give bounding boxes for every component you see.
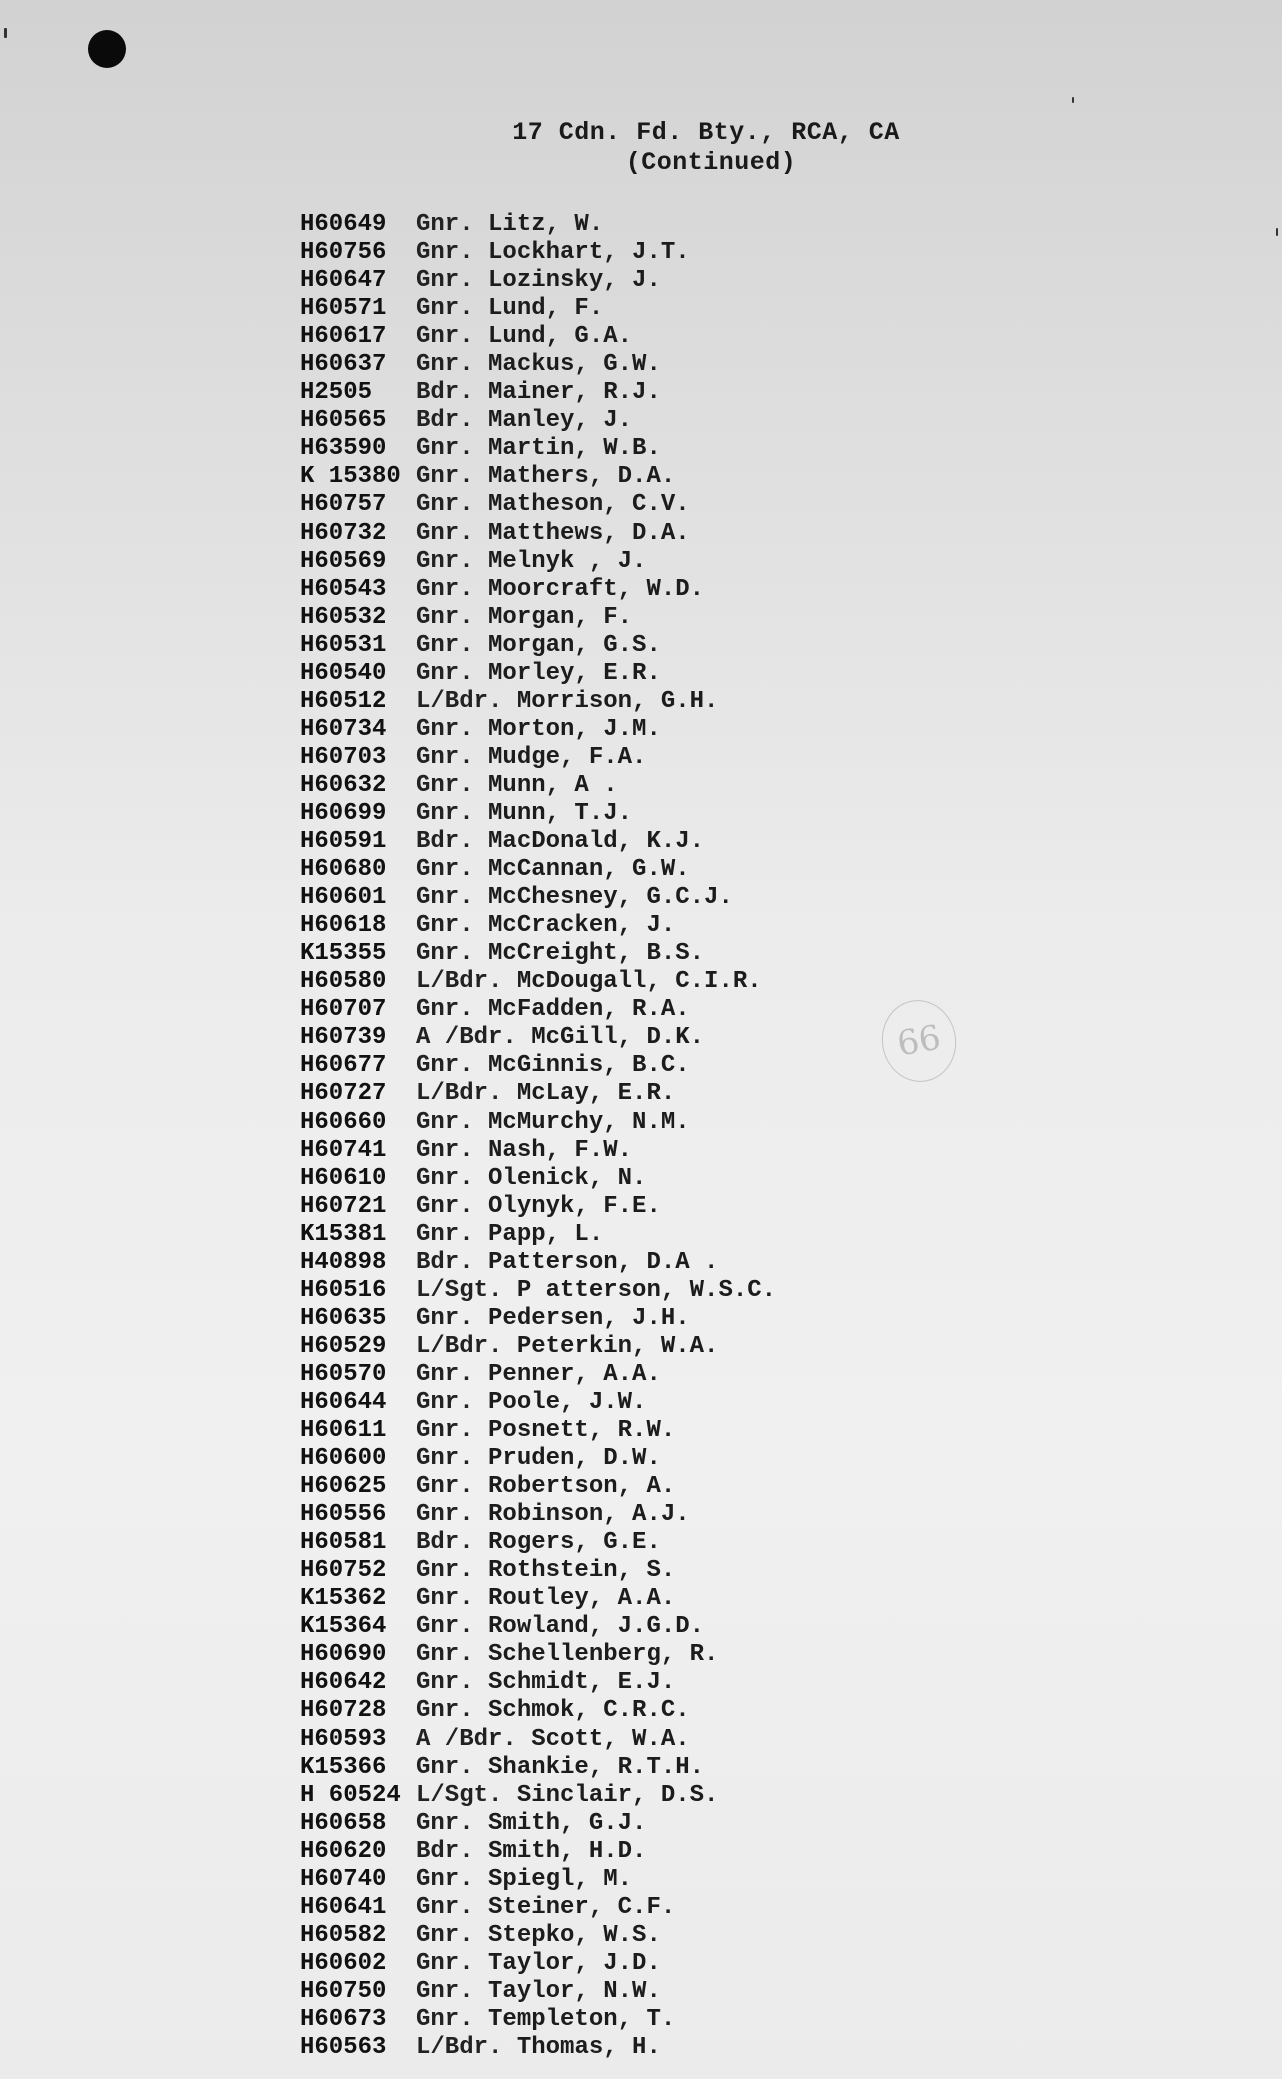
service-number: H60641	[300, 1894, 416, 1922]
service-number: H60611	[300, 1417, 416, 1445]
service-number: H60529	[300, 1333, 416, 1361]
rank: Gnr.	[416, 576, 474, 603]
service-number: H60690	[300, 1641, 416, 1669]
roster-row: K15364Gnr. Rowland, J.G.D.	[300, 1613, 776, 1641]
paper-speck	[1276, 228, 1278, 236]
roster-row: H60649Gnr. Litz, W.	[300, 211, 776, 239]
rank: Gnr.	[416, 267, 474, 294]
soldier-name: Sinclair, D.S.	[517, 1782, 719, 1809]
rank: Gnr.	[416, 491, 474, 518]
soldier-name: McCreight, B.S.	[488, 940, 704, 967]
rank: Gnr.	[416, 1389, 474, 1416]
service-number: H60582	[300, 1922, 416, 1950]
service-number: H 60524	[300, 1782, 416, 1810]
service-number: H60617	[300, 323, 416, 351]
soldier-name: Penner, A.A.	[488, 1361, 661, 1388]
service-number: H60601	[300, 884, 416, 912]
roster-row: H60611Gnr. Posnett, R.W.	[300, 1417, 776, 1445]
roster-row: H60727L/Bdr. McLay, E.R.	[300, 1080, 776, 1108]
soldier-name: Lockhart, J.T.	[488, 239, 690, 266]
service-number: H60756	[300, 239, 416, 267]
soldier-name: Olenick, N.	[488, 1165, 646, 1192]
service-number: H60620	[300, 1838, 416, 1866]
roster-row: H60741Gnr. Nash, F.W.	[300, 1137, 776, 1165]
rank: Gnr.	[416, 2006, 474, 2033]
service-number: H63590	[300, 435, 416, 463]
rank: Gnr.	[416, 716, 474, 743]
rank: Gnr.	[416, 323, 474, 350]
soldier-name: Melnyk , J.	[488, 548, 646, 575]
roster-row: H60602Gnr. Taylor, J.D.	[300, 1950, 776, 1978]
roster-row: H 60524L/Sgt. Sinclair, D.S.	[300, 1782, 776, 1810]
soldier-name: Lozinsky, J.	[488, 267, 661, 294]
soldier-name: Morley, E.R.	[488, 660, 661, 687]
soldier-name: Schmok, C.R.C.	[488, 1697, 690, 1724]
rank: Gnr.	[416, 660, 474, 687]
roster-row: H40898Bdr. Patterson, D.A .	[300, 1249, 776, 1277]
rank: Gnr.	[416, 604, 474, 631]
rank: Gnr.	[416, 1501, 474, 1528]
soldier-name: Matthews, D.A.	[488, 520, 690, 547]
service-number: H60721	[300, 1193, 416, 1221]
rank: Gnr.	[416, 1221, 474, 1248]
service-number: H60647	[300, 267, 416, 295]
service-number: H60531	[300, 632, 416, 660]
soldier-name: Munn, A .	[488, 772, 618, 799]
unit-title: 17 Cdn. Fd. Bty., RCA, CA	[0, 118, 1282, 148]
continued-label: (Continued)	[0, 148, 1282, 178]
soldier-name: Rothstein, S.	[488, 1557, 675, 1584]
soldier-name: Shankie, R.T.H.	[488, 1754, 704, 1781]
service-number: H60580	[300, 968, 416, 996]
service-number: H60757	[300, 491, 416, 519]
roster-row: K15362Gnr. Routley, A.A.	[300, 1585, 776, 1613]
rank: Gnr.	[416, 1697, 474, 1724]
soldier-name: Robinson, A.J.	[488, 1501, 690, 1528]
rank: Gnr.	[416, 856, 474, 883]
rank: Gnr.	[416, 1950, 474, 1977]
rank: Gnr.	[416, 1894, 474, 1921]
soldier-name: McMurchy, N.M.	[488, 1109, 690, 1136]
soldier-name: McGinnis, B.C.	[488, 1052, 690, 1079]
roster-row: H60632Gnr. Munn, A .	[300, 772, 776, 800]
soldier-name: McCracken, J.	[488, 912, 675, 939]
roster-row: H60647Gnr. Lozinsky, J.	[300, 267, 776, 295]
soldier-name: Thomas, H.	[517, 2034, 661, 2061]
rank: Bdr.	[416, 407, 474, 434]
soldier-name: Morton, J.M.	[488, 716, 661, 743]
roster-row: K15366Gnr. Shankie, R.T.H.	[300, 1754, 776, 1782]
rank: L/Bdr.	[416, 1080, 502, 1107]
soldier-name: Posnett, R.W.	[488, 1417, 675, 1444]
roster-row: H2505Bdr. Mainer, R.J.	[300, 379, 776, 407]
soldier-name: Schmidt, E.J.	[488, 1669, 675, 1696]
roster-row: H60529L/Bdr. Peterkin, W.A.	[300, 1333, 776, 1361]
soldier-name: Peterkin, W.A.	[517, 1333, 719, 1360]
service-number: H2505	[300, 379, 416, 407]
paper-speck	[1072, 97, 1074, 103]
service-number: H60532	[300, 604, 416, 632]
roster-row: H60740Gnr. Spiegl, M.	[300, 1866, 776, 1894]
roster-row: H60673Gnr. Templeton, T.	[300, 2006, 776, 2034]
rank: Gnr.	[416, 940, 474, 967]
paper-speck	[4, 28, 7, 38]
rank: L/Bdr.	[416, 688, 502, 715]
roster-row: H60756Gnr. Lockhart, J.T.	[300, 239, 776, 267]
service-number: H60543	[300, 576, 416, 604]
service-number: H60570	[300, 1361, 416, 1389]
service-number: H60727	[300, 1080, 416, 1108]
service-number: H40898	[300, 1249, 416, 1277]
roster-row: H60591Bdr. MacDonald, K.J.	[300, 828, 776, 856]
roster-row: H60707Gnr. McFadden, R.A.	[300, 996, 776, 1024]
rank: Gnr.	[416, 1361, 474, 1388]
rank: Gnr.	[416, 1922, 474, 1949]
roster-row: H60540Gnr. Morley, E.R.	[300, 660, 776, 688]
soldier-name: Smith, H.D.	[488, 1838, 646, 1865]
soldier-name: Rowland, J.G.D.	[488, 1613, 704, 1640]
rank: Gnr.	[416, 1866, 474, 1893]
service-number: K 15380	[300, 463, 416, 491]
roster-row: H63590Gnr. Martin, W.B.	[300, 435, 776, 463]
soldier-name: Papp, L.	[488, 1221, 603, 1248]
service-number: H60618	[300, 912, 416, 940]
service-number: H60677	[300, 1052, 416, 1080]
service-number: H60699	[300, 800, 416, 828]
roster-row: H60734Gnr. Morton, J.M.	[300, 716, 776, 744]
rank: Gnr.	[416, 912, 474, 939]
roster-row: H60699Gnr. Munn, T.J.	[300, 800, 776, 828]
soldier-name: Spiegl, M.	[488, 1866, 632, 1893]
rank: Gnr.	[416, 1193, 474, 1220]
rank: Gnr.	[416, 1754, 474, 1781]
service-number: H60600	[300, 1445, 416, 1473]
service-number: H60593	[300, 1726, 416, 1754]
soldier-name: Olynyk, F.E.	[488, 1193, 661, 1220]
rank: Bdr.	[416, 379, 474, 406]
rank: Gnr.	[416, 435, 474, 462]
service-number: H60563	[300, 2034, 416, 2062]
soldier-name: Martin, W.B.	[488, 435, 661, 462]
personnel-roster: H60649Gnr. Litz, W.H60756Gnr. Lockhart, …	[300, 211, 776, 2062]
soldier-name: Stepko, W.S.	[488, 1922, 661, 1949]
rank: Gnr.	[416, 1978, 474, 2005]
roster-row: H60600Gnr. Pruden, D.W.	[300, 1445, 776, 1473]
roster-row: K15355Gnr. McCreight, B.S.	[300, 940, 776, 968]
soldier-name: Munn, T.J.	[488, 800, 632, 827]
soldier-name: McDougall, C.I.R.	[517, 968, 762, 995]
soldier-name: Steiner, C.F.	[488, 1894, 675, 1921]
service-number: H60703	[300, 744, 416, 772]
soldier-name: Nash, F.W.	[488, 1137, 632, 1164]
service-number: H60732	[300, 520, 416, 548]
roster-row: H60601Gnr. McChesney, G.C.J.	[300, 884, 776, 912]
rank: Gnr.	[416, 463, 474, 490]
rank: Bdr.	[416, 1838, 474, 1865]
rank: Bdr.	[416, 1249, 474, 1276]
roster-row: H60569Gnr. Melnyk , J.	[300, 548, 776, 576]
rank: Bdr.	[416, 1529, 474, 1556]
soldier-name: McGill, D.K.	[531, 1024, 704, 1051]
roster-row: H60680Gnr. McCannan, G.W.	[300, 856, 776, 884]
service-number: H60556	[300, 1501, 416, 1529]
roster-row: H60642Gnr. Schmidt, E.J.	[300, 1669, 776, 1697]
roster-row: H60625Gnr. Robertson, A.	[300, 1473, 776, 1501]
soldier-name: Templeton, T.	[488, 2006, 675, 2033]
service-number: H60673	[300, 2006, 416, 2034]
rank: A /Bdr.	[416, 1726, 517, 1753]
service-number: H60740	[300, 1866, 416, 1894]
soldier-name: Pruden, D.W.	[488, 1445, 661, 1472]
roster-row: H60690Gnr. Schellenberg, R.	[300, 1641, 776, 1669]
soldier-name: Litz, W.	[488, 211, 603, 238]
service-number: H60610	[300, 1165, 416, 1193]
service-number: H60741	[300, 1137, 416, 1165]
rank: Gnr.	[416, 1052, 474, 1079]
punch-hole	[88, 30, 126, 68]
soldier-name: Taylor, N.W.	[488, 1978, 661, 2005]
rank: Gnr.	[416, 351, 474, 378]
service-number: H60649	[300, 211, 416, 239]
soldier-name: Lund, F.	[488, 295, 603, 322]
rank: Gnr.	[416, 1557, 474, 1584]
soldier-name: Schellenberg, R.	[488, 1641, 718, 1668]
soldier-name: Morgan, G.S.	[488, 632, 661, 659]
roster-row: H60721Gnr. Olynyk, F.E.	[300, 1193, 776, 1221]
service-number: H60637	[300, 351, 416, 379]
rank: Gnr.	[416, 744, 474, 771]
roster-row: H60620Bdr. Smith, H.D.	[300, 1838, 776, 1866]
soldier-name: Mudge, F.A.	[488, 744, 646, 771]
roster-row: H60593A /Bdr. Scott, W.A.	[300, 1726, 776, 1754]
service-number: H60680	[300, 856, 416, 884]
rank: Gnr.	[416, 1137, 474, 1164]
rank: Gnr.	[416, 295, 474, 322]
roster-row: K 15380Gnr. Mathers, D.A.	[300, 463, 776, 491]
rank: Gnr.	[416, 1669, 474, 1696]
soldier-name: Robertson, A.	[488, 1473, 675, 1500]
rank: Gnr.	[416, 1473, 474, 1500]
roster-row: H60582Gnr. Stepko, W.S.	[300, 1922, 776, 1950]
rank: Bdr.	[416, 828, 474, 855]
soldier-name: McCannan, G.W.	[488, 856, 690, 883]
rank: Gnr.	[416, 884, 474, 911]
rank: Gnr.	[416, 1641, 474, 1668]
service-number: H60602	[300, 1950, 416, 1978]
service-number: H60512	[300, 688, 416, 716]
roster-row: H60637Gnr. Mackus, G.W.	[300, 351, 776, 379]
service-number: K15364	[300, 1613, 416, 1641]
soldier-name: Scott, W.A.	[531, 1726, 689, 1753]
service-number: H60565	[300, 407, 416, 435]
service-number: H60581	[300, 1529, 416, 1557]
rank: L/Sgt.	[416, 1782, 502, 1809]
rank: Gnr.	[416, 520, 474, 547]
service-number: H60571	[300, 295, 416, 323]
service-number: K15355	[300, 940, 416, 968]
roster-row: H60556Gnr. Robinson, A.J.	[300, 1501, 776, 1529]
rank: Gnr.	[416, 1445, 474, 1472]
soldier-name: Patterson, D.A .	[488, 1249, 718, 1276]
soldier-name: Mackus, G.W.	[488, 351, 661, 378]
soldier-name: McLay, E.R.	[517, 1080, 675, 1107]
rank: L/Bdr.	[416, 2034, 502, 2061]
roster-row: H60580L/Bdr. McDougall, C.I.R.	[300, 968, 776, 996]
roster-row: H60757Gnr. Matheson, C.V.	[300, 491, 776, 519]
soldier-name: Mathers, D.A.	[488, 463, 675, 490]
rank: Gnr.	[416, 239, 474, 266]
service-number: H60540	[300, 660, 416, 688]
rank: Gnr.	[416, 1109, 474, 1136]
service-number: H60516	[300, 1277, 416, 1305]
rank: Gnr.	[416, 1305, 474, 1332]
rank: Gnr.	[416, 1417, 474, 1444]
rank: Gnr.	[416, 1613, 474, 1640]
soldier-name: Moorcraft, W.D.	[488, 576, 704, 603]
service-number: H60642	[300, 1669, 416, 1697]
rank: Gnr.	[416, 800, 474, 827]
soldier-name: Taylor, J.D.	[488, 1950, 661, 1977]
service-number: H60728	[300, 1697, 416, 1725]
roster-row: H60644Gnr. Poole, J.W.	[300, 1389, 776, 1417]
rank: Gnr.	[416, 1810, 474, 1837]
rank: A /Bdr.	[416, 1024, 517, 1051]
roster-row: H60750Gnr. Taylor, N.W.	[300, 1978, 776, 2006]
soldier-name: Manley, J.	[488, 407, 632, 434]
soldier-name: P atterson, W.S.C.	[517, 1277, 776, 1304]
soldier-name: Rogers, G.E.	[488, 1529, 661, 1556]
service-number: H60644	[300, 1389, 416, 1417]
service-number: K15362	[300, 1585, 416, 1613]
roster-row: H60571Gnr. Lund, F.	[300, 295, 776, 323]
roster-row: K15381Gnr. Papp, L.	[300, 1221, 776, 1249]
roster-row: H60570Gnr. Penner, A.A.	[300, 1361, 776, 1389]
soldier-name: MacDonald, K.J.	[488, 828, 704, 855]
soldier-name: Morrison, G.H.	[517, 688, 719, 715]
service-number: H60739	[300, 1024, 416, 1052]
service-number: H60658	[300, 1810, 416, 1838]
rank: L/Bdr.	[416, 968, 502, 995]
rank: Gnr.	[416, 996, 474, 1023]
rank: Gnr.	[416, 772, 474, 799]
soldier-name: Smith, G.J.	[488, 1810, 646, 1837]
roster-row: H60565Bdr. Manley, J.	[300, 407, 776, 435]
roster-row: H60752Gnr. Rothstein, S.	[300, 1557, 776, 1585]
roster-row: H60732Gnr. Matthews, D.A.	[300, 520, 776, 548]
rank: Gnr.	[416, 548, 474, 575]
service-number: K15366	[300, 1754, 416, 1782]
roster-row: H60739A /Bdr. McGill, D.K.	[300, 1024, 776, 1052]
roster-row: H60532Gnr. Morgan, F.	[300, 604, 776, 632]
service-number: H60625	[300, 1473, 416, 1501]
roster-row: H60543Gnr. Moorcraft, W.D.	[300, 576, 776, 604]
rank: L/Bdr.	[416, 1333, 502, 1360]
roster-row: H60658Gnr. Smith, G.J.	[300, 1810, 776, 1838]
service-number: H60707	[300, 996, 416, 1024]
roster-row: H60581Bdr. Rogers, G.E.	[300, 1529, 776, 1557]
soldier-name: Lund, G.A.	[488, 323, 632, 350]
rank: Gnr.	[416, 632, 474, 659]
service-number: H60591	[300, 828, 416, 856]
roster-row: H60660Gnr. McMurchy, N.M.	[300, 1109, 776, 1137]
service-number: H60752	[300, 1557, 416, 1585]
soldier-name: Morgan, F.	[488, 604, 632, 631]
soldier-name: Mainer, R.J.	[488, 379, 661, 406]
roster-row: H60635Gnr. Pedersen, J.H.	[300, 1305, 776, 1333]
service-number: K15381	[300, 1221, 416, 1249]
roster-row: H60618Gnr. McCracken, J.	[300, 912, 776, 940]
soldier-name: Poole, J.W.	[488, 1389, 646, 1416]
soldier-name: McFadden, R.A.	[488, 996, 690, 1023]
roster-row: H60531Gnr. Morgan, G.S.	[300, 632, 776, 660]
rank: Gnr.	[416, 1165, 474, 1192]
roster-row: H60641Gnr. Steiner, C.F.	[300, 1894, 776, 1922]
roster-row: H60703Gnr. Mudge, F.A.	[300, 744, 776, 772]
rank: Gnr.	[416, 1585, 474, 1612]
soldier-name: Pedersen, J.H.	[488, 1305, 690, 1332]
roster-row: H60677Gnr. McGinnis, B.C.	[300, 1052, 776, 1080]
soldier-name: McChesney, G.C.J.	[488, 884, 733, 911]
soldier-name: Matheson, C.V.	[488, 491, 690, 518]
soldier-name: Routley, A.A.	[488, 1585, 675, 1612]
service-number: H60632	[300, 772, 416, 800]
service-number: H60635	[300, 1305, 416, 1333]
service-number: H60750	[300, 1978, 416, 2006]
handwritten-page-annotation: 66	[875, 994, 962, 1088]
service-number: H60734	[300, 716, 416, 744]
roster-row: H60563L/Bdr. Thomas, H.	[300, 2034, 776, 2062]
rank: Gnr.	[416, 211, 474, 238]
service-number: H60569	[300, 548, 416, 576]
roster-row: H60728Gnr. Schmok, C.R.C.	[300, 1697, 776, 1725]
roster-row: H60617Gnr. Lund, G.A.	[300, 323, 776, 351]
roster-row: H60512L/Bdr. Morrison, G.H.	[300, 688, 776, 716]
document-header: 17 Cdn. Fd. Bty., RCA, CA (Continued)	[0, 118, 1282, 178]
rank: L/Sgt.	[416, 1277, 502, 1304]
service-number: H60660	[300, 1109, 416, 1137]
roster-row: H60516L/Sgt. P atterson, W.S.C.	[300, 1277, 776, 1305]
roster-row: H60610Gnr. Olenick, N.	[300, 1165, 776, 1193]
